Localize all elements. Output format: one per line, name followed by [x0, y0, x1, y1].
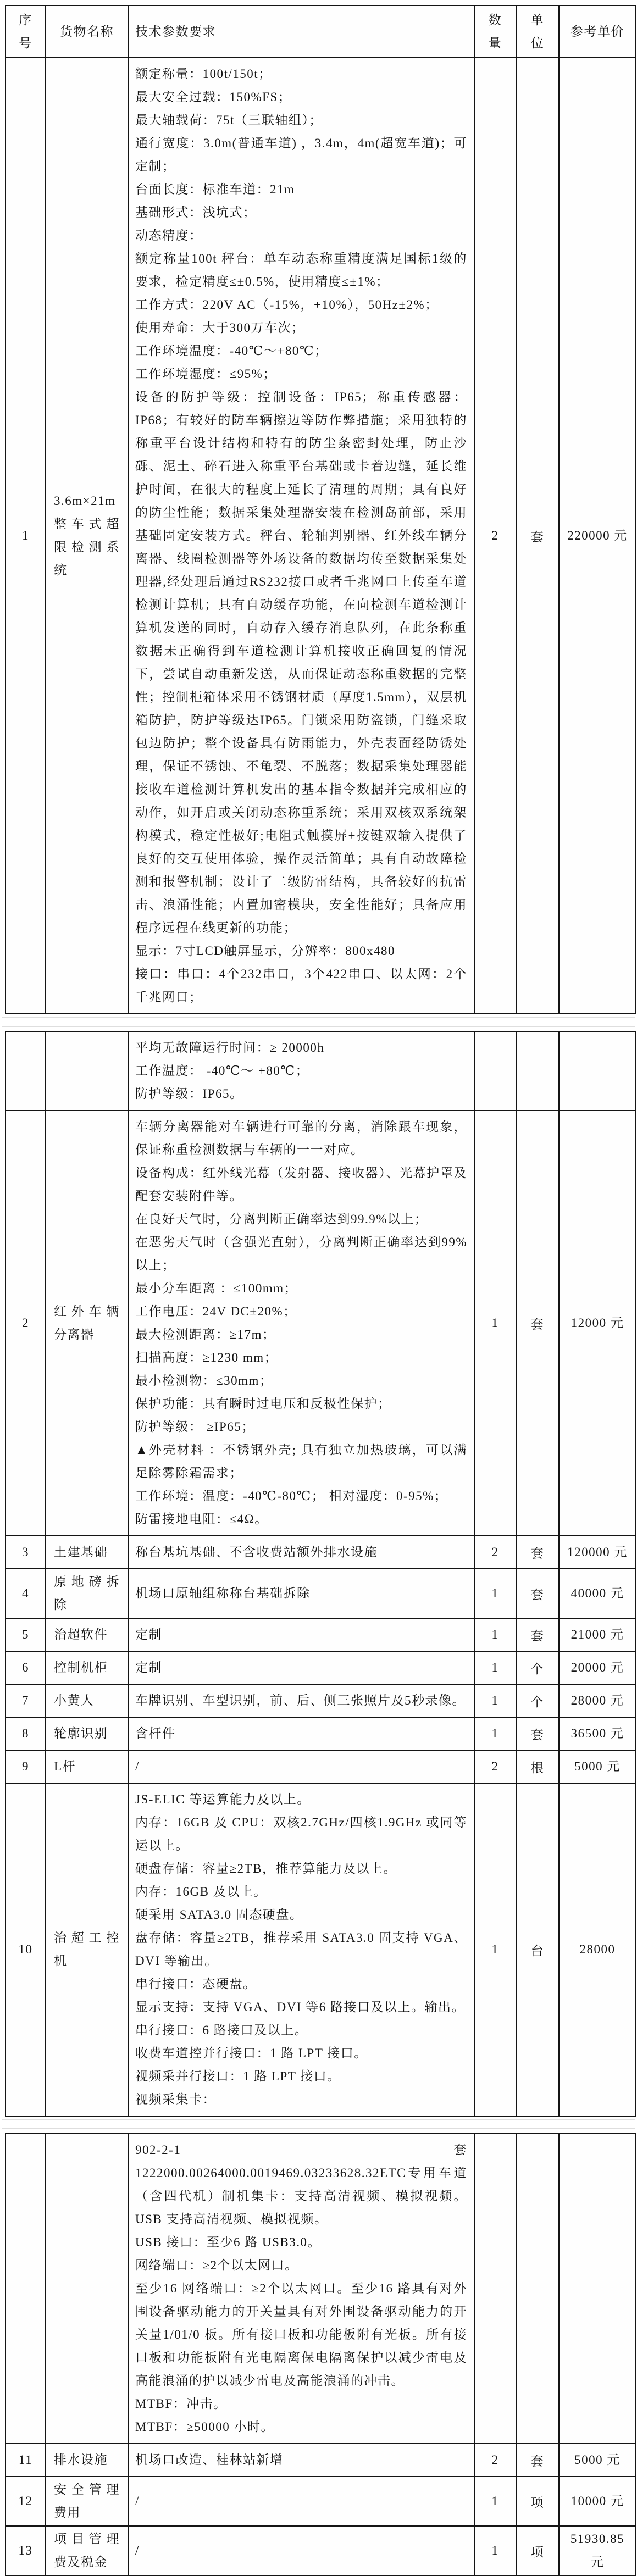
- cell-unit: [516, 2134, 559, 2444]
- table-row-item-3: 3土建基础称台基坑基础、不含收费站额外排水设施2套120000 元: [5, 1536, 636, 1569]
- cell-item-name: 治超软件: [46, 1618, 128, 1651]
- spec-line: 工作环境湿度：≤95%；: [135, 363, 467, 386]
- cell-serial-no: 2: [5, 1111, 46, 1536]
- cell-tech-specs: 902-2-1 套 1222000.00264000.0019469.03233…: [128, 2134, 474, 2444]
- spec-line: 至少16 网络端口：≥2个以太网口。至少16 路具有对外围设备驱动能力的开关量具…: [135, 2277, 467, 2392]
- table-row-continuation: 平均无故障运行时间：≥ 20000h工作温度： -40℃～ +80℃；防护等级：…: [5, 1031, 636, 1111]
- cell-quantity: 1: [474, 1111, 516, 1536]
- cell-serial-no: 3: [5, 1536, 46, 1569]
- col-header-unit: 单位: [516, 5, 559, 58]
- spec-line: 防护等级： ≥IP65；: [135, 1415, 467, 1439]
- cell-unit-price: 21000 元: [559, 1618, 636, 1651]
- page-break-gap: [0, 2117, 637, 2133]
- cell-item-name: [46, 2134, 128, 2444]
- cell-tech-specs: 平均无故障运行时间：≥ 20000h工作温度： -40℃～ +80℃；防护等级：…: [128, 1031, 474, 1111]
- cell-tech-specs: 定制: [128, 1618, 474, 1651]
- spec-line: 盘存储：容量≥2TB，推荐采用 SATA3.0 固支持 VGA、DVI 等输出。: [135, 1927, 467, 1973]
- col-header-price: 参考单价: [559, 5, 636, 58]
- spec-line: 基础形式：浅坑式；: [135, 201, 467, 224]
- cell-quantity: [474, 1031, 516, 1111]
- cell-tech-specs: 车牌识别、车型识别，前、后、侧三张照片及5秒录像。: [128, 1684, 474, 1717]
- procurement-spec-document: 序号 货物名称 技术参数要求 数量 单位 参考单价 13.6m×21m整车式超限…: [0, 0, 637, 2576]
- cell-quantity: 2: [474, 1750, 516, 1783]
- cell-serial-no: 5: [5, 1618, 46, 1651]
- spec-line: USB 接口：至少6 路 USB3.0。: [135, 2231, 467, 2254]
- spec-line: 设备构成：红外线光幕（发射器、接收器）、光幕护罩及配套安装附件等。: [135, 1162, 467, 1208]
- cell-serial-no: 6: [5, 1651, 46, 1684]
- spec-line: 额定称量100t 秤台：单车动态称重精度满足国标1级的要求，检定精度≤±0.5%…: [135, 247, 467, 293]
- spec-line: 视频采集卡：: [135, 2088, 467, 2111]
- cell-item-name: 原地磅拆除: [46, 1569, 128, 1618]
- cell-tech-specs: 机场口改造、桂林站新增: [128, 2444, 474, 2477]
- cell-quantity: 1: [474, 2477, 516, 2526]
- cell-item-name: 安全管理费用: [46, 2477, 128, 2526]
- cell-unit: 套: [516, 1536, 559, 1569]
- table-row-item-12: 12安全管理费用/1项10000 元: [5, 2477, 636, 2526]
- spec-line: 最小检测物：≤30mm；: [135, 1369, 467, 1392]
- spec-line: 收费车道控并行接口：1 路 LPT 接口。: [135, 2042, 467, 2065]
- spec-line: 串行接口：态硬盘。: [135, 1973, 467, 1996]
- cell-unit-price: 28000 元: [559, 1684, 636, 1717]
- cell-unit-price: [559, 1031, 636, 1111]
- spec-line: 内存：16GB 及 CPU：双核2.7GHz/四核1.9GHz 或同等运以上。: [135, 1811, 467, 1857]
- table-row-item-11: 11排水设施机场口改造、桂林站新增2套5000 元: [5, 2444, 636, 2477]
- cell-quantity: 1: [474, 1783, 516, 2116]
- spec-line: 接口：串口：4个232串口，3个422串口、以太网：2个千兆网口；: [135, 963, 467, 1009]
- cell-unit: 台: [516, 1783, 559, 2116]
- cell-item-name: 土建基础: [46, 1536, 128, 1569]
- cell-serial-no: 4: [5, 1569, 46, 1618]
- cell-item-name: 小黄人: [46, 1684, 128, 1717]
- table-row-item-5: 5治超软件定制1套21000 元: [5, 1618, 636, 1651]
- cell-quantity: 1: [474, 1684, 516, 1717]
- spec-line: 网络端口：≥2个以太网口。: [135, 2254, 467, 2277]
- table-row-item-1: 13.6m×21m整车式超限检测系统额定称量：100t/150t；最大安全过载：…: [5, 58, 636, 1014]
- col-header-qty: 数量: [474, 5, 516, 58]
- spec-line: 称台基坑基础、不含收费站额外排水设施: [135, 1541, 467, 1564]
- cell-unit: 个: [516, 1651, 559, 1684]
- cell-unit: 套: [516, 58, 559, 1014]
- spec-line: 工作环境：温度：-40℃-80℃； 相对湿度：0-95%；: [135, 1485, 467, 1508]
- cell-unit-price: 5000 元: [559, 2444, 636, 2477]
- cell-unit-price: 220000 元: [559, 58, 636, 1014]
- cell-item-name: 治超工控机: [46, 1783, 128, 2116]
- cell-serial-no: 11: [5, 2444, 46, 2477]
- cell-tech-specs: 车辆分离器能对车辆进行可靠的分离，消除跟车现象，保证称重检测数据与车辆的一一对应…: [128, 1111, 474, 1536]
- cell-tech-specs: /: [128, 2477, 474, 2526]
- cell-quantity: 1: [474, 1618, 516, 1651]
- cell-tech-specs: 额定称量：100t/150t；最大安全过载：150%FS；最大轴载荷：75t（三…: [128, 58, 474, 1014]
- spec-line: 机场口改造、桂林站新增: [135, 2449, 467, 2472]
- spec-table-page-2: 平均无故障运行时间：≥ 20000h工作温度： -40℃～ +80℃；防护等级：…: [5, 1031, 636, 2117]
- cell-item-name: [46, 1031, 128, 1111]
- cell-unit: 项: [516, 2526, 559, 2575]
- col-header-name: 货物名称: [46, 5, 128, 58]
- cell-serial-no: 7: [5, 1684, 46, 1717]
- spec-line: ▲外壳材料 ：不锈钢外壳; 具有独立加热玻璃，可以满足除雾除霜需求；: [135, 1439, 467, 1485]
- spec-line: 最小分车距离 ：≤100mm；: [135, 1277, 467, 1300]
- cell-unit: 根: [516, 1750, 559, 1783]
- col-header-qty-label: 数量: [488, 9, 502, 55]
- cell-item-name: 红外车辆分离器: [46, 1111, 128, 1536]
- cell-quantity: 1: [474, 1569, 516, 1618]
- spec-line: 扫描高度：≥1230 mm；: [135, 1346, 467, 1369]
- spec-line: 显示：7寸LCD触屏显示，分辨率：800x480: [135, 940, 467, 963]
- spec-line: 机场口原轴组称称台基础拆除: [135, 1582, 467, 1605]
- cell-unit-price: 12000 元: [559, 1111, 636, 1536]
- spec-line: 防雷接地电阻：≤4Ω。: [135, 1508, 467, 1531]
- cell-serial-no: 12: [5, 2477, 46, 2526]
- cell-unit-price: 51930.85 元: [559, 2526, 636, 2575]
- spec-line: 工作环境温度：-40℃～+80℃；: [135, 340, 467, 363]
- cell-unit-price: 120000 元: [559, 1536, 636, 1569]
- cell-unit: 项: [516, 2477, 559, 2526]
- table-row-item-8: 8轮廓识别含杆件1套36500 元: [5, 1717, 636, 1750]
- spec-line: 车辆分离器能对车辆进行可靠的分离，消除跟车现象，保证称重检测数据与车辆的一一对应…: [135, 1115, 467, 1162]
- spec-line: MTBF：≥50000 小时。: [135, 2416, 467, 2439]
- table-body-page-2: 平均无故障运行时间：≥ 20000h工作温度： -40℃～ +80℃；防护等级：…: [5, 1031, 636, 2116]
- cell-item-name: 轮廓识别: [46, 1717, 128, 1750]
- cell-tech-specs: /: [128, 1750, 474, 1783]
- cell-unit-price: 10000 元: [559, 2477, 636, 2526]
- col-header-spec: 技术参数要求: [128, 5, 474, 58]
- cell-quantity: [474, 2134, 516, 2444]
- spec-line: 串行接口：6 路接口及以上。: [135, 2019, 467, 2042]
- cell-quantity: 2: [474, 58, 516, 1014]
- spec-line: /: [135, 2539, 467, 2562]
- table-row-continuation: 902-2-1 套 1222000.00264000.0019469.03233…: [5, 2134, 636, 2444]
- cell-quantity: 1: [474, 2526, 516, 2575]
- spec-line: 最大安全过载：150%FS；: [135, 86, 467, 109]
- cell-quantity: 1: [474, 1651, 516, 1684]
- col-header-spec-label: 技术参数要求: [135, 25, 216, 38]
- col-header-name-label: 货物名称: [60, 25, 114, 38]
- spec-line: 工作方式：220V AC（-15%，+10%），50Hz±2%；: [135, 293, 467, 317]
- spec-line: 车牌识别、车型识别，前、后、侧三张照片及5秒录像。: [135, 1689, 467, 1712]
- cell-tech-specs: 称台基坑基础、不含收费站额外排水设施: [128, 1536, 474, 1569]
- spec-line: 额定称量：100t/150t；: [135, 63, 467, 86]
- spec-line: 台面长度：标准车道：21m: [135, 178, 467, 201]
- spec-line: 保护功能：具有瞬时过电压和反极性保护；: [135, 1392, 467, 1415]
- spec-line: 平均无故障运行时间：≥ 20000h: [135, 1036, 467, 1059]
- cell-unit: 套: [516, 1717, 559, 1750]
- spec-line: 使用寿命：大于300万车次；: [135, 317, 467, 340]
- cell-serial-no: 13: [5, 2526, 46, 2575]
- cell-unit-price: 36500 元: [559, 1717, 636, 1750]
- spec-line: 硬采用 SATA3.0 固态硬盘。: [135, 1903, 467, 1927]
- page-break-gap: [0, 1014, 637, 1031]
- spec-line: 设备的防护等级：控制设备：IP65；称重传感器：IP68；有较好的防车辆擦边等防…: [135, 386, 467, 940]
- cell-serial-no: [5, 1031, 46, 1111]
- cell-unit-price: [559, 2134, 636, 2444]
- table-row-item-4: 4原地磅拆除机场口原轴组称称台基础拆除1套40000 元: [5, 1569, 636, 1618]
- spec-line: 显示支持：支持 VGA、DVI 等6 路接口及以上。输出。: [135, 1996, 467, 2019]
- spec-line: 在良好天气时，分离判断正确率达到99.9%以上；: [135, 1208, 467, 1231]
- cell-unit-price: 28000: [559, 1783, 636, 2116]
- spec-table-page-1: 序号 货物名称 技术参数要求 数量 单位 参考单价 13.6m×21m整车式超限…: [5, 5, 636, 1014]
- header-row: 序号 货物名称 技术参数要求 数量 单位 参考单价: [5, 5, 636, 58]
- cell-serial-no: 8: [5, 1717, 46, 1750]
- cell-quantity: 1: [474, 1717, 516, 1750]
- table-body-page-3: 902-2-1 套 1222000.00264000.0019469.03233…: [5, 2134, 636, 2575]
- spec-line: 在恶劣天气时（含强光直射），分离判断正确率达到99%以上；: [135, 1231, 467, 1277]
- spec-line: 工作温度： -40℃～ +80℃；: [135, 1059, 467, 1082]
- cell-item-name: 3.6m×21m整车式超限检测系统: [46, 58, 128, 1014]
- spec-line: JS-ELIC 等运算能力及以上。: [135, 1788, 467, 1811]
- cell-unit-price: 20000 元: [559, 1651, 636, 1684]
- spec-table-page-3: 902-2-1 套 1222000.00264000.0019469.03233…: [5, 2133, 636, 2576]
- spec-line: /: [135, 1755, 467, 1778]
- spec-line: 工作电压：24V DC±20%；: [135, 1300, 467, 1323]
- table-row-item-13: 13项目管理费及税金/1项51930.85 元: [5, 2526, 636, 2575]
- table-row-item-7: 7小黄人车牌识别、车型识别，前、后、侧三张照片及5秒录像。1个28000 元: [5, 1684, 636, 1717]
- spec-line: /: [135, 2490, 467, 2513]
- cell-unit: 套: [516, 2444, 559, 2477]
- spec-line: 最大轴载荷：75t（三联轴组）；: [135, 109, 467, 132]
- cell-serial-no: 1: [5, 58, 46, 1014]
- cell-item-name: L杆: [46, 1750, 128, 1783]
- spec-line: 动态精度：: [135, 224, 467, 247]
- cell-serial-no: 10: [5, 1783, 46, 2116]
- cell-tech-specs: JS-ELIC 等运算能力及以上。内存：16GB 及 CPU：双核2.7GHz/…: [128, 1783, 474, 2116]
- cell-serial-no: [5, 2134, 46, 2444]
- table-row-item-6: 6控制机柜定制1个20000 元: [5, 1651, 636, 1684]
- cell-serial-no: 9: [5, 1750, 46, 1783]
- cell-unit: [516, 1031, 559, 1111]
- spec-line: 902-2-1 套 1222000.00264000.0019469.03233…: [135, 2139, 467, 2231]
- cell-item-name: 排水设施: [46, 2444, 128, 2477]
- cell-tech-specs: 定制: [128, 1651, 474, 1684]
- table-body-page-1: 13.6m×21m整车式超限检测系统额定称量：100t/150t；最大安全过载：…: [5, 58, 636, 1014]
- cell-quantity: 2: [474, 2444, 516, 2477]
- col-header-no-label: 序号: [18, 9, 32, 55]
- cell-tech-specs: 机场口原轴组称称台基础拆除: [128, 1569, 474, 1618]
- col-header-no: 序号: [5, 5, 46, 58]
- spec-line: 通行宽度：3.0m(普通车道) ，3.4m，4m(超宽车道)；可定制；: [135, 132, 467, 178]
- spec-line: 最大检测距离：≥17m；: [135, 1323, 467, 1346]
- spec-line: 视频采并行接口：1 路 LPT 接口。: [135, 2065, 467, 2088]
- cell-unit: 套: [516, 1111, 559, 1536]
- spec-line: 定制: [135, 1623, 467, 1646]
- cell-unit: 套: [516, 1569, 559, 1618]
- table-row-item-2: 2红外车辆分离器车辆分离器能对车辆进行可靠的分离，消除跟车现象，保证称重检测数据…: [5, 1111, 636, 1536]
- table-row-item-9: 9L杆/2根5000 元: [5, 1750, 636, 1783]
- cell-unit: 个: [516, 1684, 559, 1717]
- table-row-item-10: 10治超工控机JS-ELIC 等运算能力及以上。内存：16GB 及 CPU：双核…: [5, 1783, 636, 2116]
- spec-line: 内存：16GB 及以上。: [135, 1880, 467, 1903]
- col-header-unit-label: 单位: [530, 9, 545, 55]
- spec-line: 定制: [135, 1656, 467, 1679]
- cell-unit-price: 5000 元: [559, 1750, 636, 1783]
- spec-line: 防护等级：IP65。: [135, 1082, 467, 1106]
- cell-unit-price: 40000 元: [559, 1569, 636, 1618]
- spec-line: 硬盘存储：容量≥2TB，推荐算能力及以上。: [135, 1857, 467, 1880]
- spec-line: MTBF：冲击。: [135, 2392, 467, 2416]
- cell-unit: 套: [516, 1618, 559, 1651]
- cell-tech-specs: 含杆件: [128, 1717, 474, 1750]
- cell-item-name: 控制机柜: [46, 1651, 128, 1684]
- cell-tech-specs: /: [128, 2526, 474, 2575]
- cell-quantity: 2: [474, 1536, 516, 1569]
- cell-item-name: 项目管理费及税金: [46, 2526, 128, 2575]
- spec-line: 含杆件: [135, 1722, 467, 1745]
- col-header-price-label: 参考单价: [570, 25, 624, 38]
